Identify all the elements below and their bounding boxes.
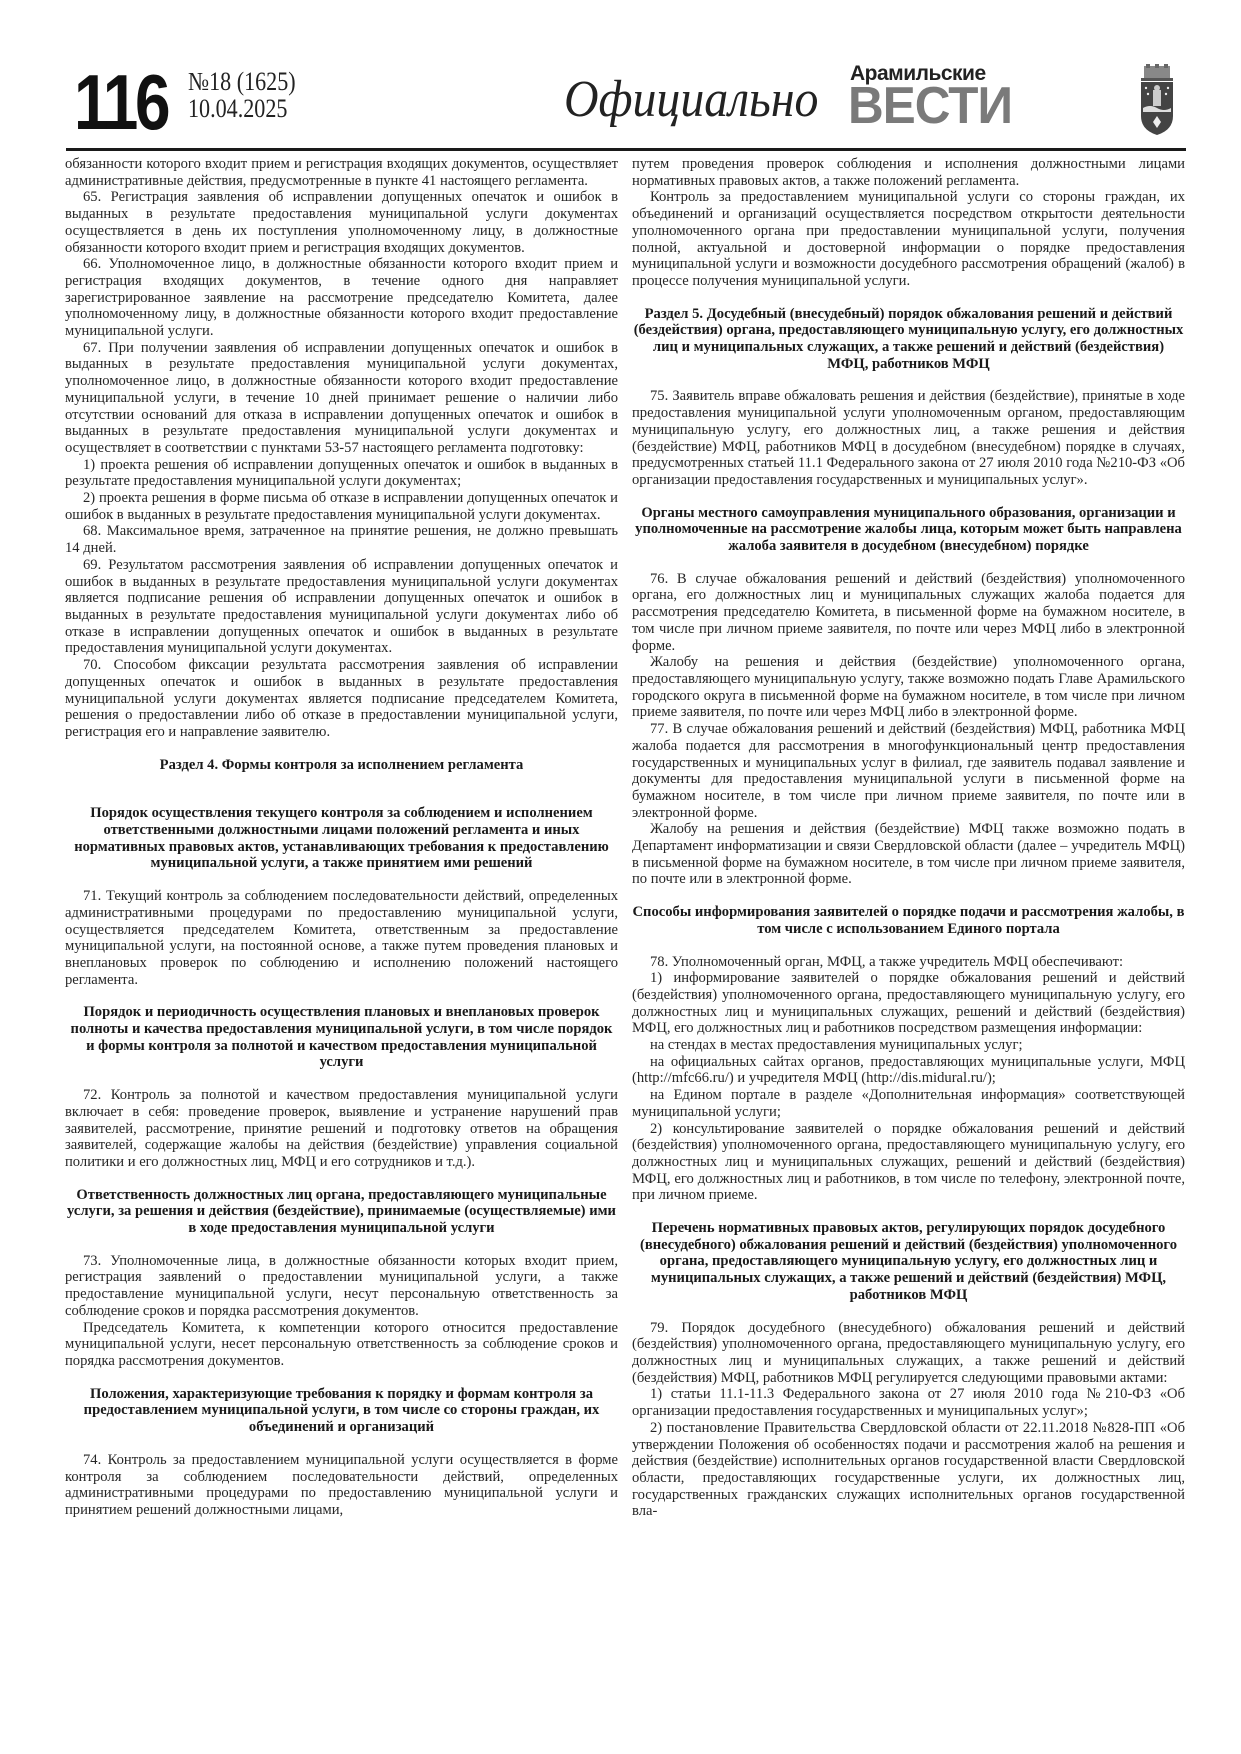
paragraph: 1) статьи 11.1-11.3 Федерального закона … — [632, 1386, 1185, 1419]
paragraph: Жалобу на решения и действия (бездействи… — [632, 821, 1185, 888]
paragraph: 2) проекта решения в форме письма об отк… — [65, 490, 618, 523]
paragraph: на стендах в местах предоставления муниц… — [632, 1037, 1185, 1054]
newspaper-logo-main: ВЕСТИ — [848, 78, 1012, 134]
paragraph: 75. Заявитель вправе обжаловать решения … — [632, 388, 1185, 488]
paragraph: 76. В случае обжалования решений и дейст… — [632, 571, 1185, 655]
paragraph: 2) консультирование заявителей о порядке… — [632, 1121, 1185, 1205]
header-divider — [66, 148, 1186, 151]
page-number: 116 — [74, 62, 167, 142]
section-heading: Порядок и периодичность осуществления пл… — [65, 1004, 618, 1071]
section-heading: Перечень нормативных правовых актов, рег… — [632, 1220, 1185, 1304]
paragraph: 71. Текущий контроль за соблюдением посл… — [65, 888, 618, 988]
section-heading: Раздел 5. Досудебный (внесудебный) поряд… — [632, 306, 1185, 373]
left-column: обязанности которого входит прием и реги… — [65, 156, 618, 1519]
issue-date: 10.04.2025 — [188, 95, 296, 122]
paragraph: 66. Уполномоченное лицо, в должностные о… — [65, 256, 618, 340]
masthead: 116 №18 (1625) 10.04.2025 Официально Ара… — [66, 62, 1186, 146]
paragraph: 79. Порядок досудебного (внесудебного) о… — [632, 1320, 1185, 1387]
paragraph: 72. Контроль за полнотой и качеством пре… — [65, 1087, 618, 1171]
paragraph: обязанности которого входит прием и реги… — [65, 156, 618, 189]
section-heading: Ответственность должностных лиц органа, … — [65, 1187, 618, 1237]
paragraph: 1) информирование заявителей о порядке о… — [632, 970, 1185, 1037]
coat-of-arms-icon — [1138, 64, 1176, 136]
issue-number: №18 (1625) — [188, 68, 296, 95]
section-heading: Раздел 4. Формы контроля за исполнением … — [65, 757, 618, 774]
paragraph: Председатель Комитета, к компетенции кот… — [65, 1320, 618, 1370]
paragraph: 74. Контроль за предоставлением муниципа… — [65, 1452, 618, 1519]
paragraph: 77. В случае обжалования решений и дейст… — [632, 721, 1185, 821]
paragraph: 68. Максимальное время, затраченное на п… — [65, 523, 618, 556]
paragraph: Жалобу на решения и действия (бездействи… — [632, 654, 1185, 721]
paragraph: 73. Уполномоченные лица, в должностные о… — [65, 1253, 618, 1320]
paragraph: 1) проекта решения об исправлении допуще… — [65, 457, 618, 490]
paragraph: 67. При получении заявления об исправлен… — [65, 340, 618, 457]
section-heading: Положения, характеризующие требования к … — [65, 1386, 618, 1436]
issue-info: №18 (1625) 10.04.2025 — [188, 68, 296, 122]
paragraph: 2) постановление Правительства Свердловс… — [632, 1420, 1185, 1520]
paragraph: 70. Способом фиксации результата рассмот… — [65, 657, 618, 741]
paragraph: на Едином портале в разделе «Дополнитель… — [632, 1087, 1185, 1120]
section-heading: Порядок осуществления текущего контроля … — [65, 805, 618, 872]
paragraph: путем проведения проверок соблюдения и и… — [632, 156, 1185, 189]
paragraph: 78. Уполномоченный орган, МФЦ, а также у… — [632, 954, 1185, 971]
paragraph: на официальных сайтах органов, предостав… — [632, 1054, 1185, 1087]
right-column: путем проведения проверок соблюдения и и… — [632, 156, 1185, 1520]
section-title: Официально — [564, 72, 818, 128]
paragraph: Контроль за предоставлением муниципально… — [632, 189, 1185, 289]
paragraph: 69. Результатом рассмотрения заявления о… — [65, 557, 618, 657]
paragraph: 65. Регистрация заявления об исправлении… — [65, 189, 618, 256]
section-heading: Способы информирования заявителей о поря… — [632, 904, 1185, 937]
section-heading: Органы местного самоуправления муниципал… — [632, 505, 1185, 555]
